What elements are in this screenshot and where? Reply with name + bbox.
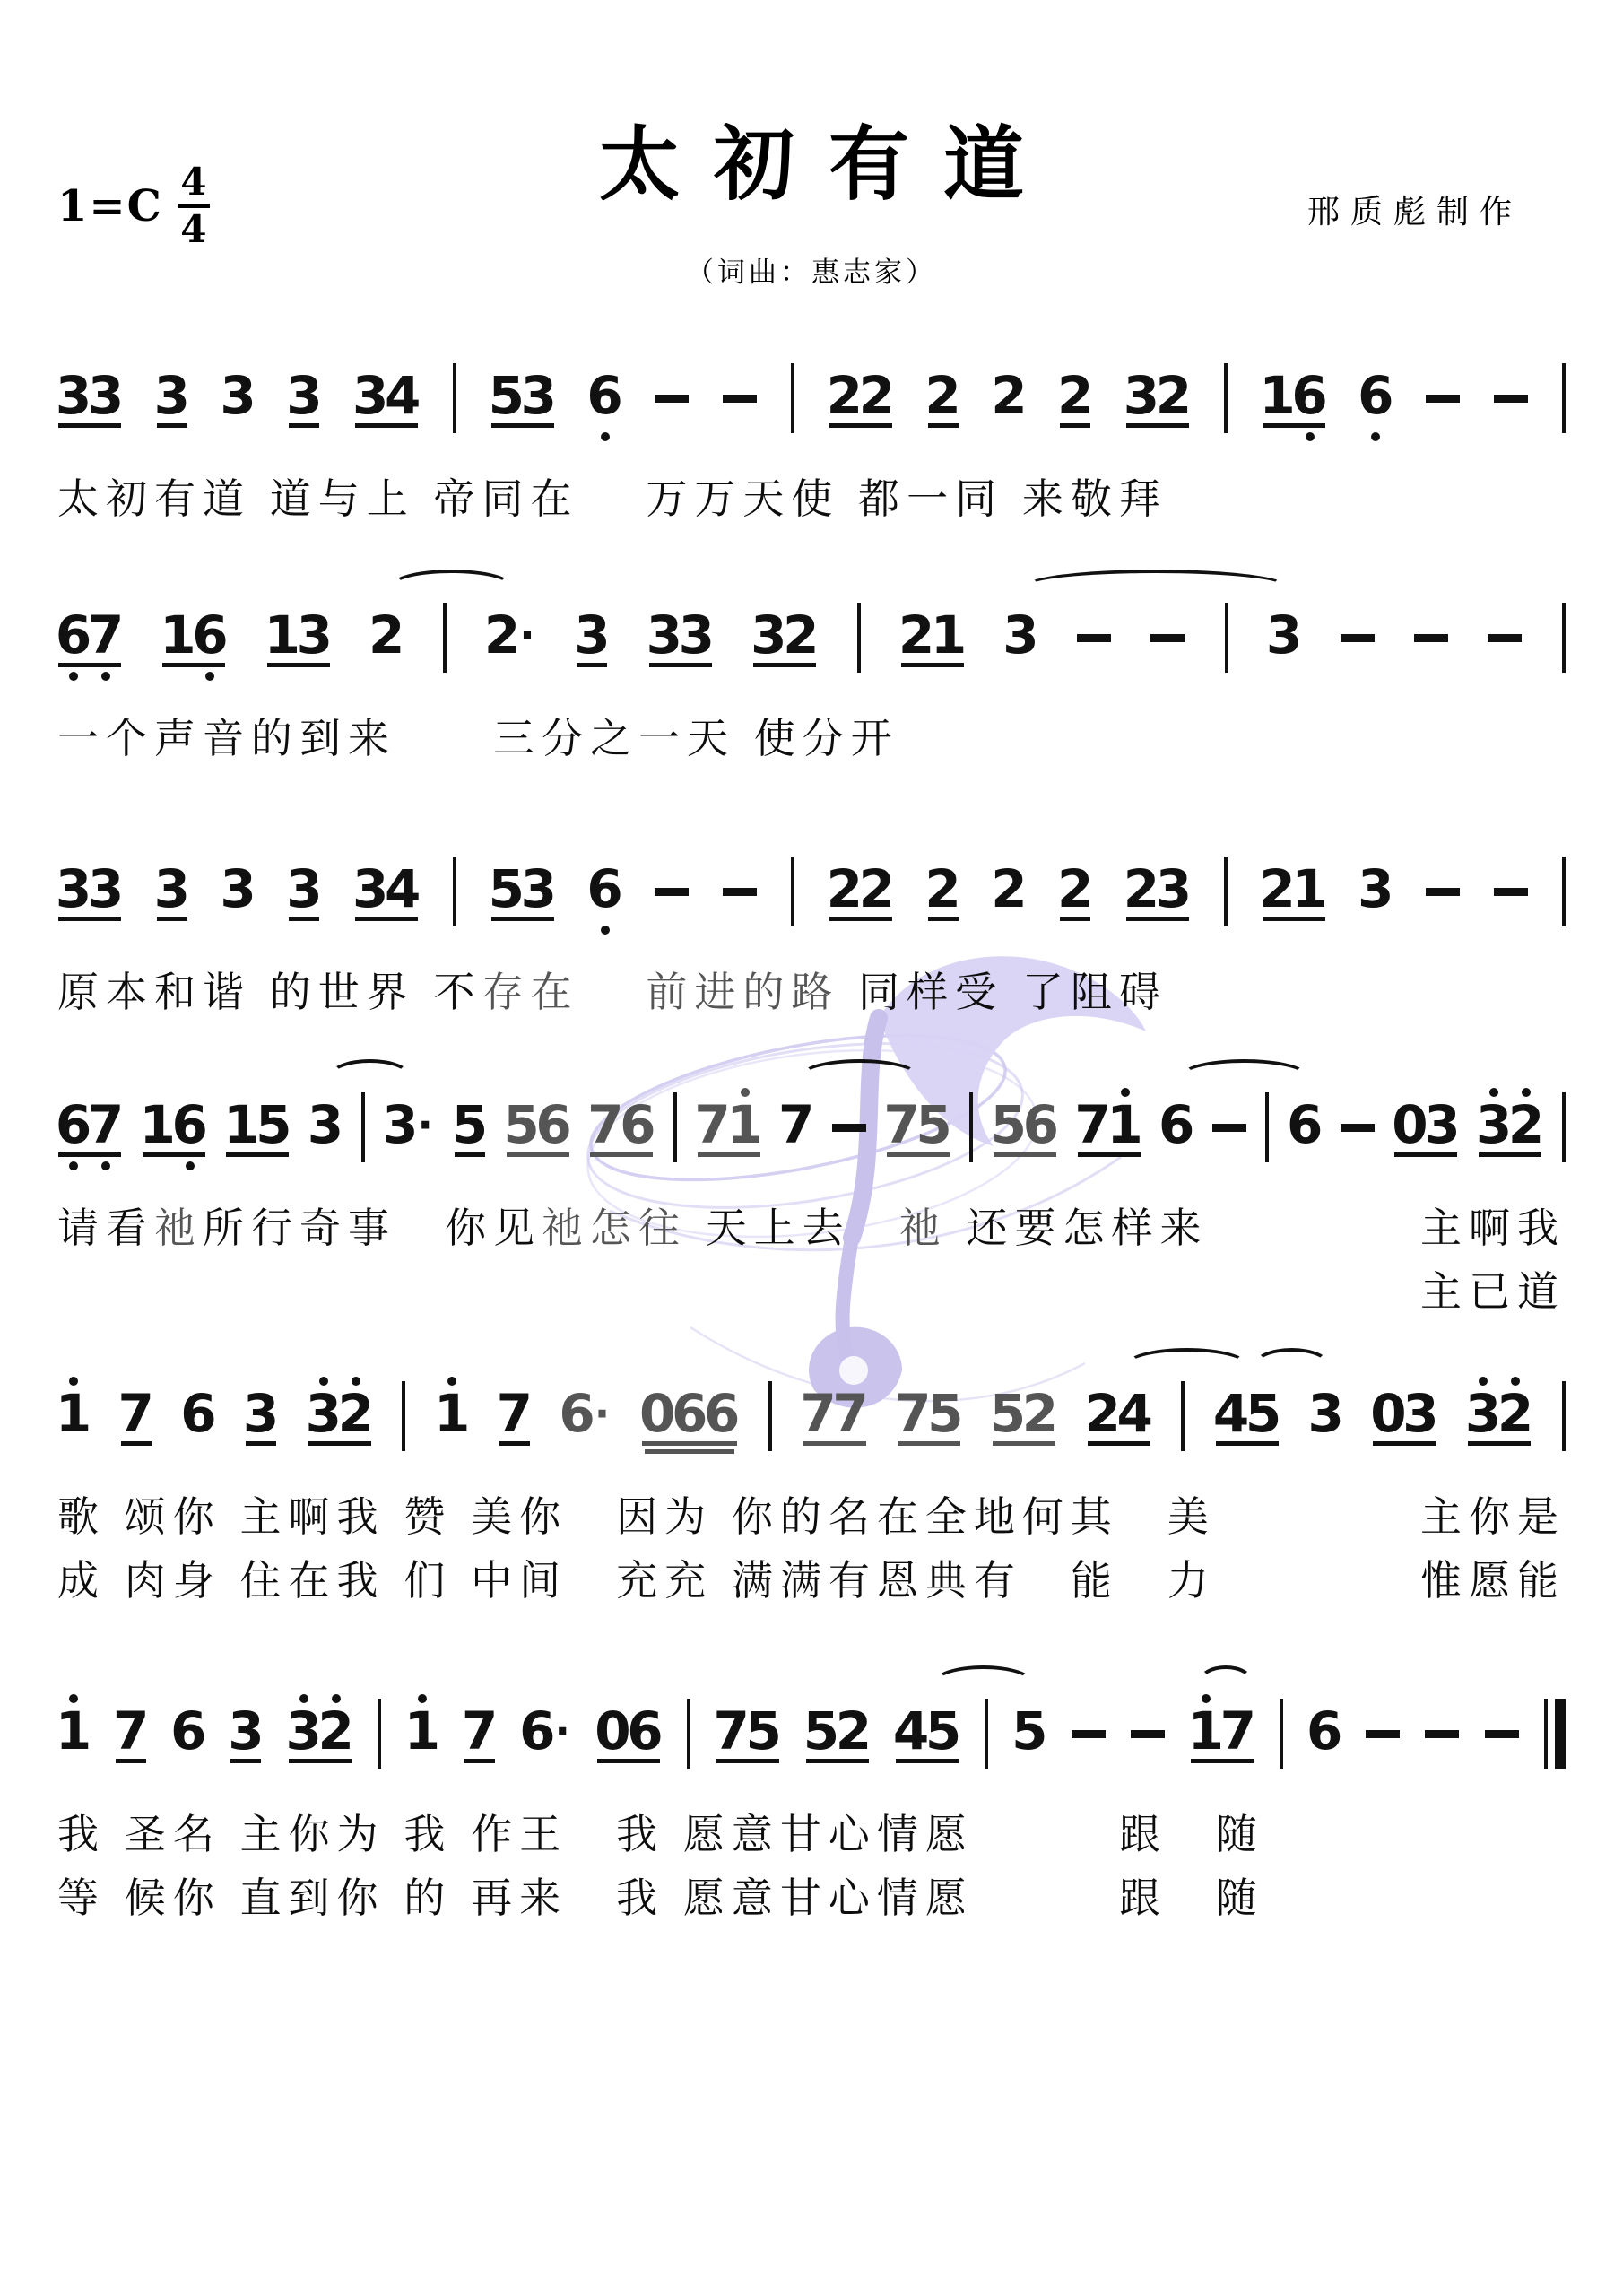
note-digits: 3 <box>245 1388 277 1439</box>
duration-dash <box>1077 634 1111 642</box>
note-digit: 3 <box>1467 1388 1499 1439</box>
dot-cell-below <box>370 672 403 681</box>
note-digit: 2 <box>900 610 933 660</box>
dot-cell-below <box>486 672 518 681</box>
note-digit: 7 <box>697 1100 729 1150</box>
dot-cell-above <box>416 1088 434 1097</box>
note-digits: 3 <box>1268 610 1300 660</box>
dot-cell-below <box>340 1450 372 1459</box>
key-signature: 1=C 4 4 <box>57 163 210 248</box>
octave-dots-below <box>120 1450 152 1461</box>
dot-cell-above <box>518 598 536 607</box>
note-digit: 3 <box>156 864 188 914</box>
lyric-segment: 跟 随 <box>974 1811 1264 1858</box>
barline <box>791 363 794 433</box>
dot-cell-below <box>1426 1161 1458 1170</box>
note-group: 6 <box>1289 1083 1321 1172</box>
barline <box>969 1092 973 1162</box>
note-digits: 066 <box>641 1388 738 1439</box>
octave-dots-below <box>1262 926 1326 936</box>
low-octave-dot <box>205 672 214 681</box>
octave-dots-below <box>182 1450 214 1461</box>
note-digit: 6 <box>174 1100 206 1150</box>
barline <box>443 603 447 673</box>
lyrics-row: 成 肉身 住在我 们 中间 充充 满满有恩典有 能 力惟愿能 <box>57 1557 1566 1605</box>
note-digit: 7 <box>1222 1706 1254 1756</box>
note-group: 6 <box>172 1689 204 1779</box>
note-digit: 6 <box>1289 1100 1321 1150</box>
note-digit: 2 <box>1024 1388 1056 1439</box>
octave-dots-below <box>780 1161 812 1172</box>
dot-cell-below <box>895 1768 927 1777</box>
sheet-music-page: 太初有道 1=C 4 4 邢质彪制作 （词曲：惠志家） 333333453622… <box>0 0 1623 2296</box>
lyric-segment: 歌 颂你 主啊我 赞 美你 <box>57 1493 568 1541</box>
dot-cell-below <box>596 1768 629 1777</box>
note-digit: 3 <box>752 610 785 660</box>
dot-cell-below <box>57 1161 90 1170</box>
octave-dots-below <box>1004 672 1037 683</box>
music-line: 67161533·55676717755671660332请看祂所行奇事 你见祂… <box>57 1057 1566 1316</box>
note-digits: 7 <box>115 1706 147 1756</box>
note-digit: 3 <box>1426 1100 1458 1150</box>
dot-cell-below <box>576 672 608 681</box>
dot-cell-below <box>1310 1450 1342 1459</box>
barline <box>985 1699 988 1769</box>
note-group: 33 <box>57 847 122 936</box>
note-group: 75 <box>716 1689 780 1779</box>
note-group: 6 <box>1160 1083 1193 1172</box>
note-digits: 3· <box>384 1100 434 1150</box>
duration-dash <box>1072 1730 1106 1738</box>
duration-dash <box>1494 888 1528 896</box>
octave-dots-below <box>1393 1161 1458 1172</box>
note-group: 17 <box>1190 1689 1254 1779</box>
note-digit: 7 <box>120 1388 152 1439</box>
octave-dots-below <box>886 1161 950 1172</box>
barline <box>1265 1092 1269 1162</box>
note-digit: 3 <box>230 1706 262 1756</box>
note-group: 76 <box>589 1083 654 1172</box>
note-digits: 2 <box>1059 864 1091 914</box>
note-digit: 0 <box>596 1706 629 1756</box>
dot-cell-below <box>1004 672 1037 681</box>
note-digit: 3 <box>1268 610 1300 660</box>
duration-dash <box>1488 634 1522 642</box>
note-digit: 3 <box>576 610 608 660</box>
dot-cell-below <box>266 672 299 681</box>
dot-cell-below <box>553 1768 571 1777</box>
note-digit: 3 <box>156 370 188 421</box>
barline <box>791 857 794 926</box>
note-digits: 71 <box>697 1100 761 1150</box>
note-group: 71 <box>1077 1083 1141 1172</box>
lyric-segment: 三分之一天 使分开 <box>396 715 899 762</box>
octave-dots-below <box>829 926 893 936</box>
octave-dots-below <box>506 1161 570 1172</box>
barline <box>453 363 456 433</box>
note-digits: 32 <box>752 610 817 660</box>
note-digits: 75 <box>897 1388 961 1439</box>
note-digit: 6 <box>57 610 90 660</box>
dot-cell-below <box>499 1450 531 1459</box>
note-digit: 2 <box>861 370 893 421</box>
note-digit: 5 <box>257 1100 290 1150</box>
note-digit: 2 <box>927 864 959 914</box>
octave-dots-below <box>406 1768 438 1779</box>
note-digit: 4 <box>895 1706 927 1756</box>
dot-cell-below <box>120 1450 152 1459</box>
dot-cell-below <box>1013 1768 1046 1777</box>
lyric-segment <box>851 1205 899 1252</box>
time-signature-denominator: 4 <box>180 211 206 248</box>
lyric-segment: 我 圣名 主你为 我 作王 <box>57 1811 568 1858</box>
octave-dots-below <box>354 926 419 936</box>
note-group: 32 <box>1478 1083 1542 1172</box>
note-group: 34 <box>354 847 419 936</box>
tie-slur-arc <box>800 1059 919 1093</box>
octave-dots-below <box>716 1768 780 1779</box>
dot-cell-below <box>1294 432 1326 441</box>
dot-cell-above <box>594 1377 612 1386</box>
note-digit: 5 <box>506 1100 538 1150</box>
dot-cell-below <box>1158 432 1190 441</box>
note-group: 2 <box>927 847 959 936</box>
note-digits: 67 <box>57 610 122 660</box>
octave-dots-below <box>927 926 959 936</box>
note-digit: 5 <box>748 1706 780 1756</box>
octave-dots-below <box>1262 432 1326 443</box>
dot-cell-below <box>225 1161 257 1170</box>
note-digit: 2 <box>1125 864 1158 914</box>
barline <box>673 1092 677 1162</box>
dot-cell-below <box>1359 432 1392 441</box>
note-digit: 7 <box>897 1388 929 1439</box>
dot-cell-below <box>1308 1768 1341 1777</box>
note-digits: 2 <box>993 864 1025 914</box>
barline <box>1562 857 1566 926</box>
music-line: 67161322·333322133一个声音的到来 三分之一天 使分开 <box>57 568 1566 762</box>
dot-cell-below <box>506 1161 538 1170</box>
dot-cell-below <box>1404 1450 1436 1459</box>
octave-dots-below <box>172 1768 204 1779</box>
note-digits: 75 <box>716 1706 780 1756</box>
note-digit: 7 <box>716 1706 748 1756</box>
octave-dots-below <box>222 432 255 443</box>
note-group: 1 <box>406 1689 438 1779</box>
note-group: 13 <box>266 593 331 683</box>
note-group: 52 <box>992 1371 1056 1461</box>
octave-dots-below <box>589 926 621 936</box>
note-group: 45 <box>1215 1371 1280 1461</box>
dot-cell-below <box>161 672 194 681</box>
barline <box>1280 1699 1283 1769</box>
note-digit: 5 <box>805 1706 838 1756</box>
dot-cell-below <box>308 1450 340 1459</box>
octave-dots-below <box>230 1768 262 1779</box>
note-digit: 2 <box>1087 1388 1119 1439</box>
notes-row: 176332176·066777552244530332 <box>57 1346 1566 1461</box>
duration-dash <box>1150 634 1185 642</box>
note-digits: 56 <box>993 1100 1057 1150</box>
octave-dots-below <box>436 1450 468 1461</box>
lyric-tail: 主已道 <box>1420 1268 1566 1316</box>
dot-cell-below <box>230 1768 262 1777</box>
note-digit: 2 <box>320 1706 352 1756</box>
music-line: 176332176·066777552244530332歌 颂你 主啊我 赞 美… <box>57 1346 1566 1605</box>
dot-cell-below <box>142 1161 174 1170</box>
dot-cell-below <box>172 1768 204 1777</box>
note-digits: 77 <box>803 1388 867 1439</box>
note-digit: 1 <box>266 610 299 660</box>
octave-dots-below <box>596 1768 661 1779</box>
lyrics-row: 一个声音的到来 三分之一天 使分开 <box>57 715 1566 762</box>
note-digits: 2 <box>927 864 959 914</box>
note-group: 75 <box>897 1371 961 1461</box>
low-octave-dot <box>601 432 610 441</box>
octave-dots-below <box>57 1450 90 1461</box>
octave-dots-below <box>1059 432 1091 443</box>
note-group: 34 <box>354 353 419 443</box>
note-digits: 32 <box>1467 1388 1532 1439</box>
dot-cell-below <box>785 672 817 681</box>
note-group: 16 <box>1262 353 1326 443</box>
dot-cell-below <box>288 432 320 441</box>
dot-cell-below <box>1268 672 1300 681</box>
note-digits: 6· <box>561 1388 612 1439</box>
score: 33333345362222232166太初有道 道与上 帝同在 万万天使 都一… <box>57 328 1566 1922</box>
note-digits: 45 <box>895 1706 959 1756</box>
octave-dots-below <box>486 672 536 683</box>
note-group: 7 <box>115 1689 147 1779</box>
note-digit: 1 <box>57 1706 90 1756</box>
lyric-segment: 所行奇事 <box>203 1205 396 1252</box>
note-group: 2 <box>370 593 403 683</box>
note-digit: 7 <box>886 1100 918 1150</box>
octave-dots-below <box>161 672 226 683</box>
note-digits: 71 <box>1077 1100 1141 1150</box>
note-digit: 0 <box>641 1388 673 1439</box>
note-digits: 33 <box>57 864 122 914</box>
note-group: 56 <box>993 1083 1057 1172</box>
note-group: 23 <box>1125 847 1190 936</box>
octave-dots-below <box>589 1161 654 1172</box>
dot-cell-below <box>1125 926 1158 935</box>
lyric-segment: 太初有道 道与上 帝同在 <box>57 475 579 523</box>
dot-cell-below <box>829 432 861 441</box>
octave-dots-below <box>370 672 403 683</box>
note-digit: 7 <box>90 1100 122 1150</box>
dot-cell-below <box>1262 926 1294 935</box>
dot-cell-below <box>1077 1161 1109 1170</box>
lyric-segment: 等 候你 直到你 的 再来 <box>57 1874 568 1922</box>
octave-dots-below <box>829 432 893 443</box>
note-digits: 2 <box>927 370 959 421</box>
note-digit: 6 <box>589 370 621 421</box>
note-digit: 5 <box>1247 1388 1280 1439</box>
time-signature-numerator: 4 <box>180 163 206 201</box>
note-digits: 06 <box>596 1706 661 1756</box>
note-digits: 53 <box>490 370 555 421</box>
note-group: 1 <box>57 1371 90 1461</box>
note-digit: 3 <box>245 1388 277 1439</box>
note-digit: 6 <box>706 1388 738 1439</box>
dot-cell-below <box>174 1161 206 1170</box>
octave-dots-below <box>354 432 419 443</box>
final-barline <box>1544 1699 1566 1769</box>
octave-dots-below <box>142 1161 206 1172</box>
octave-dots-below <box>1190 1768 1254 1779</box>
dot-cell-below <box>386 926 419 935</box>
note-digit: 5 <box>454 1100 486 1150</box>
note-group: 56 <box>506 1083 570 1172</box>
note-group: 24 <box>1087 1371 1151 1461</box>
note-group: 3· <box>384 1083 434 1172</box>
note-digits: 6 <box>1359 370 1392 421</box>
duration-dash <box>1425 1730 1459 1738</box>
dot-cell-below <box>1025 1161 1057 1170</box>
duration-dash <box>1366 1730 1400 1738</box>
lyrics-row: 请看祂所行奇事 你见祂怎往 天上去 祂 还要怎样来主啊我 <box>57 1205 1566 1252</box>
note-group: 32 <box>1467 1371 1532 1461</box>
octave-dots-below <box>1077 1161 1141 1172</box>
lyric-segment: 跟 随 <box>974 1874 1264 1922</box>
lyric-segment <box>579 969 647 1016</box>
note-digit: 6 <box>182 1388 214 1439</box>
dot-cell-below <box>490 432 523 441</box>
note-digits: 53 <box>490 864 555 914</box>
dot-cell-below <box>57 1450 90 1459</box>
octave-dots-below <box>1160 1161 1193 1172</box>
note-digit: 2 <box>1499 1388 1532 1439</box>
low-octave-dot <box>1371 432 1380 441</box>
lyric-segment: 原本和谐 的世界 不 <box>57 969 482 1016</box>
note-digits: 03 <box>1393 1100 1458 1150</box>
note-digits: 6 <box>1308 1706 1341 1756</box>
octave-dots-below <box>803 1450 867 1461</box>
note-digit: 6 <box>521 1706 553 1756</box>
lyric-segment: 还要怎样来 <box>948 1205 1209 1252</box>
note-digits: 3 <box>1359 864 1392 914</box>
note-digits: 3 <box>576 610 608 660</box>
note-group: 75 <box>886 1083 950 1172</box>
dot-cell-below <box>1158 926 1190 935</box>
octave-dots-below <box>288 432 320 443</box>
lyric-segment: 一个声音的到来 <box>57 715 396 762</box>
note-digits: 22 <box>829 370 893 421</box>
note-digits: 3 <box>230 1706 262 1756</box>
octave-dots-below <box>993 1161 1057 1172</box>
dot-cell-below <box>648 672 681 681</box>
octave-dots-below <box>697 1161 761 1172</box>
note-group: 3 <box>222 353 255 443</box>
note-digits: 32 <box>308 1388 372 1439</box>
note-group: 2 <box>1059 353 1091 443</box>
dot-cell-below <box>929 1450 961 1459</box>
note-digit: 5 <box>1013 1706 1046 1756</box>
note-group: 53 <box>490 353 555 443</box>
octave-dots-below <box>752 672 817 683</box>
dot-cell-below <box>927 1768 959 1777</box>
dot-cell-below <box>1059 926 1091 935</box>
dot-cell-below <box>918 1161 950 1170</box>
notes-row: 67161533·55676717755671660332 <box>57 1057 1566 1172</box>
octave-dots-below <box>222 926 255 936</box>
note-digit: 2 <box>861 864 893 914</box>
lyrics-row: 主已道 <box>57 1268 1566 1316</box>
tie-slur-arc <box>329 1059 412 1093</box>
barline <box>768 1381 772 1451</box>
dot-cell-below <box>993 926 1025 935</box>
lyric-segment: 能 力 <box>1022 1557 1216 1605</box>
dot-cell-below <box>538 1161 570 1170</box>
dot-cell-below <box>245 1450 277 1459</box>
barline <box>1224 857 1228 926</box>
octave-dots-below <box>648 672 713 683</box>
note-digits: 7 <box>464 1706 496 1756</box>
octave-dots-below <box>245 1450 277 1461</box>
dot-cell-below <box>1467 1450 1499 1459</box>
note-digit: 2 <box>1510 1100 1542 1150</box>
note-digit: 3 <box>1478 1100 1510 1150</box>
note-group: 15 <box>225 1083 290 1172</box>
note-digit: 7 <box>115 1706 147 1756</box>
note-digit: 7 <box>780 1100 812 1150</box>
note-group: 77 <box>803 1371 867 1461</box>
dot-cell-below <box>464 1768 496 1777</box>
low-octave-dot <box>101 672 110 681</box>
octave-dots-below <box>490 432 555 443</box>
dot-cell-below <box>1372 1450 1404 1459</box>
note-digit: 2 <box>829 864 861 914</box>
note-digit: 3 <box>308 1388 340 1439</box>
note-digits: 3 <box>222 864 255 914</box>
duration-dash <box>1494 395 1528 403</box>
note-digit: 1 <box>161 610 194 660</box>
note-digit: 7 <box>589 1100 621 1150</box>
note-group: 3 <box>288 847 320 936</box>
note-digit: 3 <box>1125 370 1158 421</box>
dot-cell-below <box>1478 1161 1510 1170</box>
dot-cell-below <box>1190 1768 1222 1777</box>
barline <box>1225 603 1228 673</box>
note-digit: 0 <box>1393 1100 1426 1150</box>
note-digit: 3 <box>1158 864 1190 914</box>
note-digit: 1 <box>1109 1100 1141 1150</box>
note-digits: 24 <box>1087 1388 1151 1439</box>
note-digit: 2 <box>829 370 861 421</box>
note-digits: 7 <box>780 1100 812 1150</box>
octave-dots-below <box>57 672 122 683</box>
octave-dots-below <box>308 1450 372 1461</box>
note-digit: 1 <box>57 1388 90 1439</box>
note-digit: 2 <box>993 370 1025 421</box>
octave-dots-below <box>1087 1450 1151 1461</box>
octave-dots-below <box>57 926 122 936</box>
note-digits: 15 <box>225 1100 290 1150</box>
note-group: 5 <box>454 1083 486 1172</box>
note-digit: 2 <box>993 864 1025 914</box>
note-digit: 2 <box>1262 864 1294 914</box>
key-label: 1=C <box>57 181 163 231</box>
note-group: 6· <box>561 1371 612 1461</box>
note-digit: 6 <box>194 610 226 660</box>
dot-cell-below <box>829 926 861 935</box>
octave-dots-below <box>1310 1450 1342 1461</box>
dot-cell-below <box>697 1161 729 1170</box>
duration-dash <box>1414 634 1448 642</box>
octave-dots-below <box>464 1768 496 1779</box>
note-digit: 3 <box>90 864 122 914</box>
